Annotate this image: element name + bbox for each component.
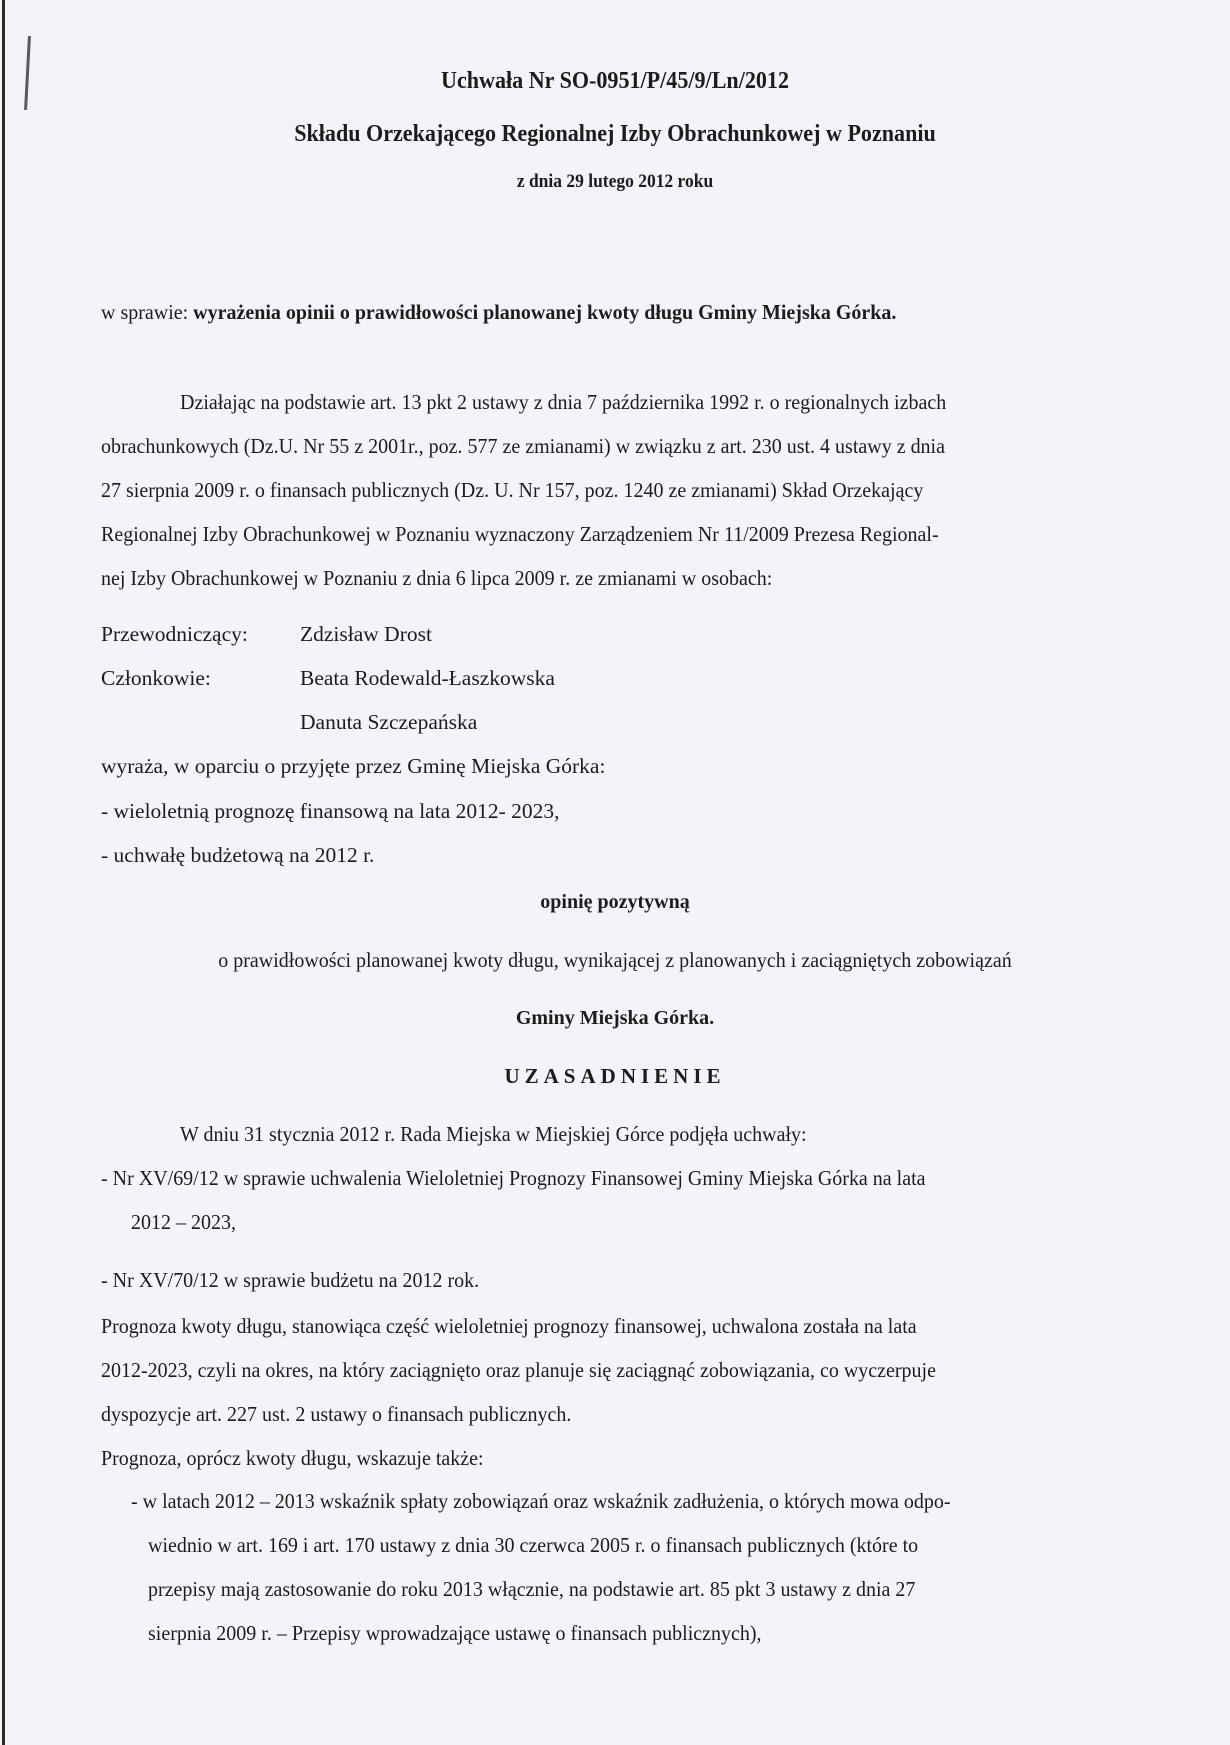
also-intro: Prognoza, oprócz kwoty długu, wskazuje t… [101,1448,1100,1470]
scan-edge-line [2,0,5,1745]
basis-intro: wyraża, w oparciu o przyjęte przez Gminę… [101,756,1175,778]
member-name: Beata Rodewald-Łaszkowska [300,668,555,690]
also-line-3: przepisy mają zastosowanie do roku 2013 … [148,1579,1147,1601]
intro-line-1: Działając na podstawie art. 13 pkt 2 ust… [180,392,1179,414]
subject-text: wyrażenia opinii o prawidłowości planowa… [193,300,896,324]
margin-pen-mark [24,36,31,110]
forecast-line-3: dyspozycje art. 227 ust. 2 ustawy o fina… [101,1404,1100,1426]
intro-line-3: 27 sierpnia 2009 r. o finansach publiczn… [101,480,1100,502]
intro-line-2: obrachunkowych (Dz.U. Nr 55 z 2001r., po… [101,436,1100,458]
subject-line: w sprawie: wyrażenia opinii o prawidłowo… [101,302,896,324]
opinion-verdict: opinię pozytywną [0,892,1230,912]
members-label: Członkowie: [101,668,211,690]
basis-item: - wieloletnią prognozę finansową na lata… [101,801,1175,823]
also-line-2: wiednio w art. 169 i art. 170 ustawy z d… [148,1535,1147,1557]
resolution-date: z dnia 29 lutego 2012 roku [49,172,1181,191]
also-line-4: sierpnia 2009 r. – Przepisy wprowadzając… [148,1623,1147,1645]
opinion-entity: Gminy Miejska Górka. [0,1008,1230,1028]
forecast-line-1: Prognoza kwoty długu, stanowiąca część w… [101,1316,1100,1338]
resolution-title: Uchwała Nr SO-0951/P/45/9/Ln/2012 [49,69,1181,93]
issuing-body: Składu Orzekającego Regionalnej Izby Obr… [49,122,1181,146]
basis-item: - uchwałę budżetową na 2012 r. [101,845,1175,867]
member-name: Danuta Szczepańska [300,712,477,734]
also-line-1: - w latach 2012 – 2013 wskaźnik spłaty z… [131,1491,1130,1513]
resolution-item-2: - Nr XV/70/12 w sprawie budżetu na 2012 … [101,1270,1100,1292]
justification-intro: W dniu 31 stycznia 2012 r. Rada Miejska … [180,1124,1179,1146]
chair-label: Przewodniczący: [101,624,248,646]
intro-line-4: Regionalnej Izby Obrachunkowej w Poznani… [101,524,1100,546]
resolution-item-1-cont: 2012 – 2023, [131,1212,1130,1234]
document-page: Uchwała Nr SO-0951/P/45/9/Ln/2012 Składu… [0,0,1230,1745]
forecast-line-2: 2012-2023, czyli na okres, na który zaci… [101,1360,1100,1382]
subject-prefix: w sprawie: [101,300,193,324]
intro-line-5: nej Izby Obrachunkowej w Poznaniu z dnia… [101,568,1100,590]
opinion-scope: o prawidłowości planowanej kwoty długu, … [43,950,1187,972]
resolution-item-1: - Nr XV/69/12 w sprawie uchwalenia Wielo… [101,1168,1100,1190]
chair-name: Zdzisław Drost [300,624,432,646]
justification-heading: UZASADNIENIE [0,1066,1230,1087]
